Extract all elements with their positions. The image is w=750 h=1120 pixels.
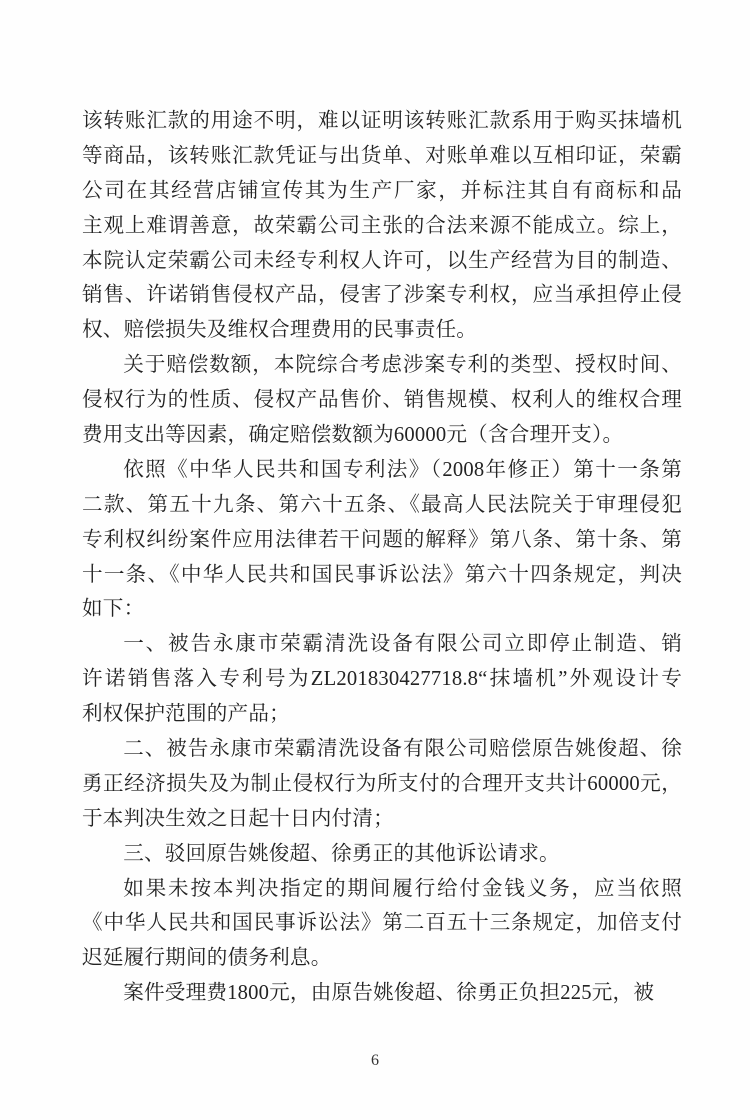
document-page: 该转账汇款的用途不明，难以证明该转账汇款系用于购买抹墙机等商品，该转账汇款凭证与… [0,0,750,1120]
text-line: 《中华人民共和国民事诉讼法》第二百五十三条规定，加倍支付 [82,906,682,941]
text-line: 专利权纠纷案件应用法律若干问题的解释》第八条、第十条、第 [82,523,682,558]
text-line: 十一条、《中华人民共和国民事诉讼法》第六十四条规定，判决 [82,558,682,593]
text-line: 利权保护范围的产品； [82,697,682,732]
text-line: 本院认定荣霸公司未经专利权人许可，以生产经营为目的制造、 [82,244,682,279]
text-line: 如果未按本判决指定的期间履行给付金钱义务，应当依照 [82,872,682,907]
text-line: 如下： [82,592,682,627]
text-line: 许诺销售落入专利号为ZL201830427718.8“抹墙机”外观设计专 [82,662,682,697]
text-line: 关于赔偿数额，本院综合考虑涉案专利的类型、授权时间、 [82,348,682,383]
text-line: 依照《中华人民共和国专利法》（2008年修正）第十一条第 [82,453,682,488]
text-line: 迟延履行期间的债务利息。 [82,941,682,976]
text-line: 销售、许诺销售侵权产品，侵害了涉案专利权，应当承担停止侵 [82,278,682,313]
page-number: 6 [371,1052,379,1069]
text-line: 等商品，该转账汇款凭证与出货单、对账单难以互相印证，荣霸 [82,139,682,174]
text-line: 于本判决生效之日起十日内付清； [82,802,682,837]
text-line: 权、赔偿损失及维权合理费用的民事责任。 [82,313,682,348]
text-line: 三、驳回原告姚俊超、徐勇正的其他诉讼请求。 [82,837,682,872]
text-line: 勇正经济损失及为制止侵权行为所支付的合理开支共计60000元， [82,767,682,802]
text-line: 一、被告永康市荣霸清洗设备有限公司立即停止制造、销售、 [82,627,682,662]
text-line: 二款、第五十九条、第六十五条、《最高人民法院关于审理侵犯 [82,488,682,523]
text-line: 费用支出等因素，确定赔偿数额为60000元（含合理开支）。 [82,418,682,453]
text-line: 该转账汇款的用途不明，难以证明该转账汇款系用于购买抹墙机 [82,104,682,139]
text-line: 主观上难谓善意，故荣霸公司主张的合法来源不能成立。综上， [82,209,682,244]
judgment-text-body: 该转账汇款的用途不明，难以证明该转账汇款系用于购买抹墙机等商品，该转账汇款凭证与… [82,104,682,1011]
text-line: 侵权行为的性质、侵权产品售价、销售规模、权利人的维权合理 [82,383,682,418]
page-footer: 6 [0,1052,750,1070]
text-line: 公司在其经营店铺宣传其为生产厂家，并标注其自有商标和品牌， [82,174,682,209]
text-line: 二、被告永康市荣霸清洗设备有限公司赔偿原告姚俊超、徐 [82,732,682,767]
text-line: 案件受理费1800元，由原告姚俊超、徐勇正负担225元，被 [82,976,682,1011]
